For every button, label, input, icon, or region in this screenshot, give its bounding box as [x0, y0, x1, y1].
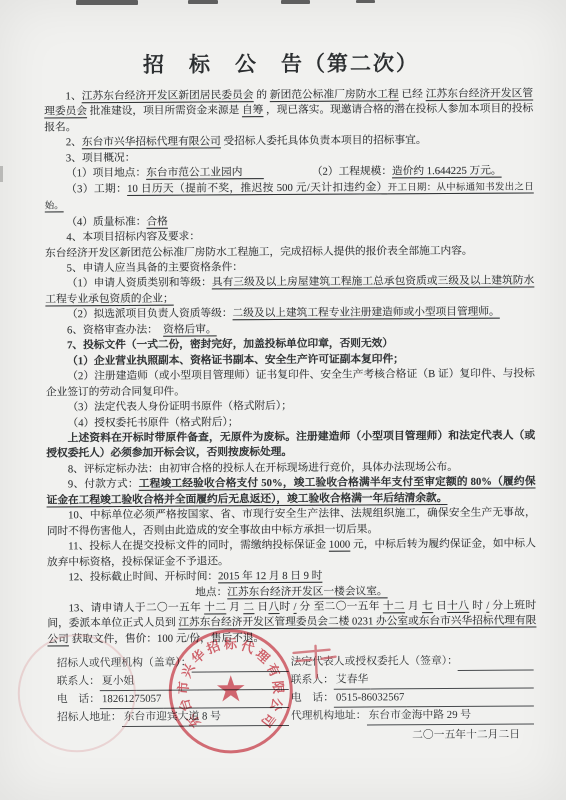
text-segment: 1000	[329, 539, 350, 551]
text-segment: 江苏东台经济开发区一楼会议室。	[227, 585, 387, 598]
scan-artifact	[188, 0, 218, 4]
text-segment: 造价约 1.644225 万元。	[392, 165, 502, 178]
scan-artifact	[76, 0, 138, 5]
footer-row: 代理机构地址：东台市金海中路 29 号	[291, 706, 534, 725]
stamp-char: 标	[222, 636, 238, 652]
text-segment: 的	[254, 89, 270, 101]
text-segment: 2015 年 12 月 8 日 9 时	[218, 570, 322, 583]
text-segment: 11、投标人在提交投标文件的同时，需缴纳投标保证金	[68, 539, 329, 553]
text-segment: 批准建设，项目所需资金来源是	[87, 105, 242, 118]
text-segment	[152, 324, 163, 336]
para-7-note: 上述资料在开标时带原件备查，无原件为废标。注册建造师（小型项目管理师）和法定代表…	[46, 428, 535, 462]
text-segment: 日	[254, 601, 268, 613]
text-segment: 3、项目概况：	[66, 152, 136, 164]
text-segment: 日	[433, 600, 447, 612]
para-10: 10、中标单位必须严格按国家、省、市现行安全生产法律、法规组织施工，确保安全生产…	[47, 506, 536, 540]
text-segment: 地点：	[195, 586, 227, 598]
blank-underline	[406, 688, 534, 707]
text-segment: 7、投标文件（一式二份，密封完好，加盖投标单位印章，否则无效）	[67, 338, 393, 352]
text-segment: 12、投标截止时间、开标时间：	[68, 570, 218, 583]
text-segment: 分 至二〇一五年	[296, 600, 382, 613]
text-segment: 5、申请人应当具备的主要资格条件：	[67, 261, 243, 274]
text-segment: 10、中标单位必须严格按国家、省、市现行安全生产法律、法规组织施工，确保安全生产…	[47, 507, 536, 537]
text-segment: （2）工程规模：	[317, 166, 392, 178]
text-segment: （1）企业营业执照副本、资格证书副本、安全生产许可证副本复印件；	[67, 353, 404, 367]
stamp-char: 限	[269, 679, 286, 696]
para-4-content: 东台经济开发区新团范公标准厂房防水工程施工，完成招标人提供的报价表全部施工内容。	[45, 243, 534, 261]
page-title: 招 标 公 告（第二次）	[0, 46, 564, 79]
document-body: 1、江苏东台经济开发区新团居民委员会 的 新团范公标准厂房防水工程 已经 江苏东…	[44, 86, 536, 647]
para-1: 1、江苏东台经济开发区新团居民委员会 的 新团范公标准厂房防水工程 已经 江苏东…	[44, 86, 533, 135]
footer-label: 代理机构地址：	[291, 707, 367, 725]
faint-seal-stamp	[17, 634, 136, 753]
text-segment: 受招标人委托具体负责本项目的招标事宜。	[221, 134, 427, 147]
scanned-document-page: 招 标 公 告（第二次） 1、江苏东台经济开发区新团居民委员会 的 新团范公标准…	[0, 0, 566, 800]
text-segment: （4）授权委托书原件（格式附后）；	[67, 416, 238, 429]
footer-label: 电 话：	[291, 690, 334, 708]
text-segment: 1、	[65, 90, 81, 102]
scan-artifact	[356, 0, 375, 3]
text-segment: 8、评标定标办法：由初审合格的投标人在开标现场进行竞价，具体办法现场公布。	[68, 461, 458, 475]
text-segment: 2、	[66, 137, 82, 149]
document-content: 招 标 公 告（第二次） 1、江苏东台经济开发区新团居民委员会 的 新团范公标准…	[0, 0, 566, 800]
footer-value: 东台市金海中路 29 号	[366, 707, 473, 726]
para-11: 11、投标人在提交投标文件的同时，需缴纳投标保证金 1000 元，中标后转为履约…	[47, 537, 536, 571]
text-segment	[264, 166, 318, 178]
scan-artifact	[0, 166, 3, 182]
text-segment: 十二	[204, 601, 226, 613]
text-segment: （3）法定代表人身份证明书原件（格式附后）；	[67, 400, 292, 413]
text-segment: 月	[226, 601, 243, 613]
text-segment: 13、请申请人于二〇一五年	[69, 601, 205, 614]
text-segment: 合格	[146, 215, 167, 227]
text-segment: （3）工期：	[66, 183, 127, 195]
para-5-1: （1）申请人资质类别和等级：具有三级及以上房屋建筑工程施工总承包资质或三级及以上…	[45, 274, 534, 308]
blank-underline	[473, 706, 534, 724]
text-segment: （4）质量标准：	[66, 215, 146, 227]
text-segment: 9、付款方式：	[68, 478, 139, 490]
text-segment: 十二	[383, 600, 405, 612]
text-segment: 月	[405, 600, 422, 612]
text-segment: 八	[268, 601, 279, 613]
text-segment: （1）项目地点：	[66, 167, 146, 179]
text-segment: 资格后审。	[163, 323, 217, 335]
text-segment: 已经	[399, 88, 426, 100]
text-segment: （1）申请人资质类别和等级：	[67, 277, 212, 290]
text-segment: 6、资格审查办法：	[67, 324, 153, 337]
text-segment: 上述资料在开标时带原件备查，无原件为废标。注册建造师（小型项目管理师）和法定代表…	[46, 429, 535, 459]
partial-stamp-mark	[287, 644, 341, 692]
text-segment: 4、本项目招标内容及要求：	[66, 231, 200, 244]
text-segment: 自筹	[242, 105, 263, 117]
text-segment: 二级及以上建筑工程专业注册建造师或小型项目管理师。	[232, 306, 499, 320]
text-segment: 新团范公标准厂房防水工程	[270, 88, 399, 101]
text-segment: 东台经济开发区新团范公标准厂房防水工程施工，完成招标人提供的报价表全部施工内容。	[45, 244, 473, 259]
footer-date: 二〇一五年十二月二日	[291, 725, 534, 744]
scan-artifact	[281, 0, 310, 4]
footer-value: 0515-86032567	[334, 689, 406, 707]
para-7-2: （2）注册建造师（或小型项目管理师）证书复印件、安全生产考核合格证（B 证）复印…	[46, 367, 535, 401]
text-segment: （2）注册建造师（或小型项目管理师）证书复印件、安全生产考核合格证（B 证）复印…	[46, 368, 535, 398]
text-segment: 时	[279, 601, 293, 613]
text-segment: 东台市兴华招标代理有限公司	[82, 136, 221, 149]
stamp-char: 市	[175, 679, 192, 696]
blank-underline	[370, 670, 534, 689]
text-segment: 东台市范公工业园内	[146, 166, 264, 179]
company-seal-stamp: ★ 东台市兴华招标代理有限公司	[168, 629, 293, 754]
text-segment: 十八	[447, 600, 469, 612]
text-segment: 江苏东台经济开发区新团居民委员会	[82, 89, 254, 102]
text-segment: 七	[422, 600, 433, 612]
text-segment: （2）拟选派项目负责人资质等级：	[67, 308, 233, 321]
para-9: 9、付款方式：工程竣工经验收合格支付 50%，竣工验收合格满半年支付至审定额的 …	[46, 475, 535, 509]
blank-underline	[458, 652, 534, 670]
text-segment: 10 日历天（提前不奖，推迟按 500 元/天计扣违约金）	[127, 181, 388, 195]
para-3-3: （3）工期：10 日历天（提前不奖，推迟按 500 元/天计扣违约金）开工日期：…	[45, 179, 534, 215]
para-5-2: （2）拟选派项目负责人资质等级：二级及以上建筑工程专业注册建造师或小型项目管理师…	[45, 305, 534, 323]
text-segment: 时	[469, 600, 486, 612]
text-segment: 二	[243, 601, 254, 613]
